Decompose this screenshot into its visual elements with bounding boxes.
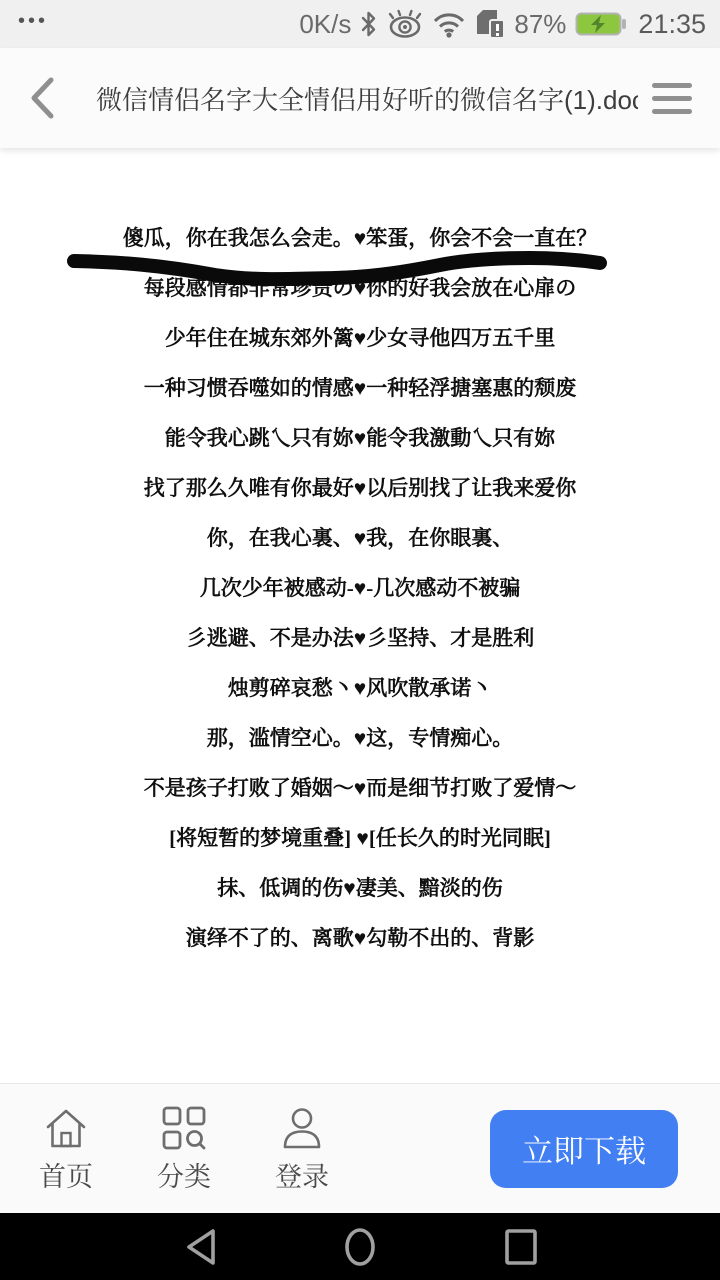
doc-line: 每段感情都非常珍贵の♥你的好我会放在心扉の	[20, 276, 700, 300]
category-grid-icon	[161, 1106, 207, 1155]
doc-line: [将短暂的梦境重叠] ♥[任长久的时光同眠]	[20, 826, 700, 850]
bottom-nav-label: 分类	[157, 1164, 211, 1191]
doc-line: 演绎不了的、离歌♥勾勒不出的、背影	[20, 926, 700, 950]
doc-line: 少年住在城东郊外篱♥少女寻他四万五千里	[20, 326, 700, 350]
bottom-nav-label: 首页	[39, 1164, 93, 1191]
clock-time: 21:35	[638, 9, 706, 40]
notification-dots-icon: •••	[18, 11, 48, 31]
bottom-nav-category[interactable]: 分类	[150, 1106, 218, 1191]
hamburger-menu-icon[interactable]	[652, 79, 692, 118]
doc-line: 一种习惯吞噬如的情感♥一种轻浮搪塞惠的颓废	[20, 376, 700, 400]
doc-line: 抹、低调的伤♥凄美、黯淡的伤	[20, 876, 700, 900]
back-chevron-icon[interactable]	[28, 74, 62, 122]
doc-line: 不是孩子打败了婚姻～♥而是细节打败了爱情～	[20, 776, 700, 800]
sim-alert-icon	[475, 8, 505, 40]
doc-line: 彡逃避、不是办法♥彡坚持、才是胜利	[20, 626, 700, 650]
android-navigation-bar	[0, 1213, 720, 1280]
recents-square-icon[interactable]	[503, 1227, 539, 1272]
home-circle-icon[interactable]	[342, 1227, 378, 1272]
doc-line: 烛剪碎哀愁丶♥风吹散承诺丶	[20, 676, 700, 700]
doc-line: 那，滥情空心。♥这，专情痴心。	[20, 726, 700, 750]
doc-line: 能令我心跳乀只有妳♥能令我激動乀只有妳	[20, 426, 700, 450]
doc-line: 找了那么久唯有你最好♥以后别找了让我来爱你	[20, 476, 700, 500]
battery-icon	[575, 10, 627, 38]
app-header: 微信情侣名字大全情侣用好听的微信名字(1).doc	[0, 48, 720, 148]
bluetooth-icon	[360, 10, 378, 38]
eye-protection-icon	[387, 9, 423, 39]
network-speed: 0K/s	[299, 9, 351, 40]
status-bar: ••• 0K/s	[0, 0, 720, 48]
wifi-icon	[432, 10, 466, 38]
battery-percent: 87%	[514, 9, 566, 40]
download-now-button[interactable]: 立即下载	[490, 1110, 678, 1188]
doc-line: 傻瓜，你在我怎么会走。♥笨蛋，你会不会一直在？	[20, 226, 700, 250]
bottom-toolbar: 首页 分类 登录 立即下载	[0, 1083, 720, 1213]
bottom-nav-label: 登录	[275, 1164, 329, 1191]
bottom-nav-home[interactable]: 首页	[32, 1106, 100, 1191]
doc-line: 你，在我心裏、♥我，在你眼裏、	[20, 526, 700, 550]
document-title: 微信情侣名字大全情侣用好听的微信名字(1).doc	[96, 80, 638, 117]
back-triangle-icon[interactable]	[184, 1227, 220, 1272]
doc-line: 几次少年被感动-♥-几次感动不被骗	[20, 576, 700, 600]
bottom-nav-login[interactable]: 登录	[268, 1106, 336, 1191]
home-icon	[43, 1106, 89, 1155]
document-viewer[interactable]: 傻瓜，你在我怎么会走。♥笨蛋，你会不会一直在？ 每段感情都非常珍贵の♥你的好我会…	[0, 148, 720, 1083]
screen: ••• 0K/s	[0, 0, 720, 1280]
user-icon	[279, 1106, 325, 1155]
